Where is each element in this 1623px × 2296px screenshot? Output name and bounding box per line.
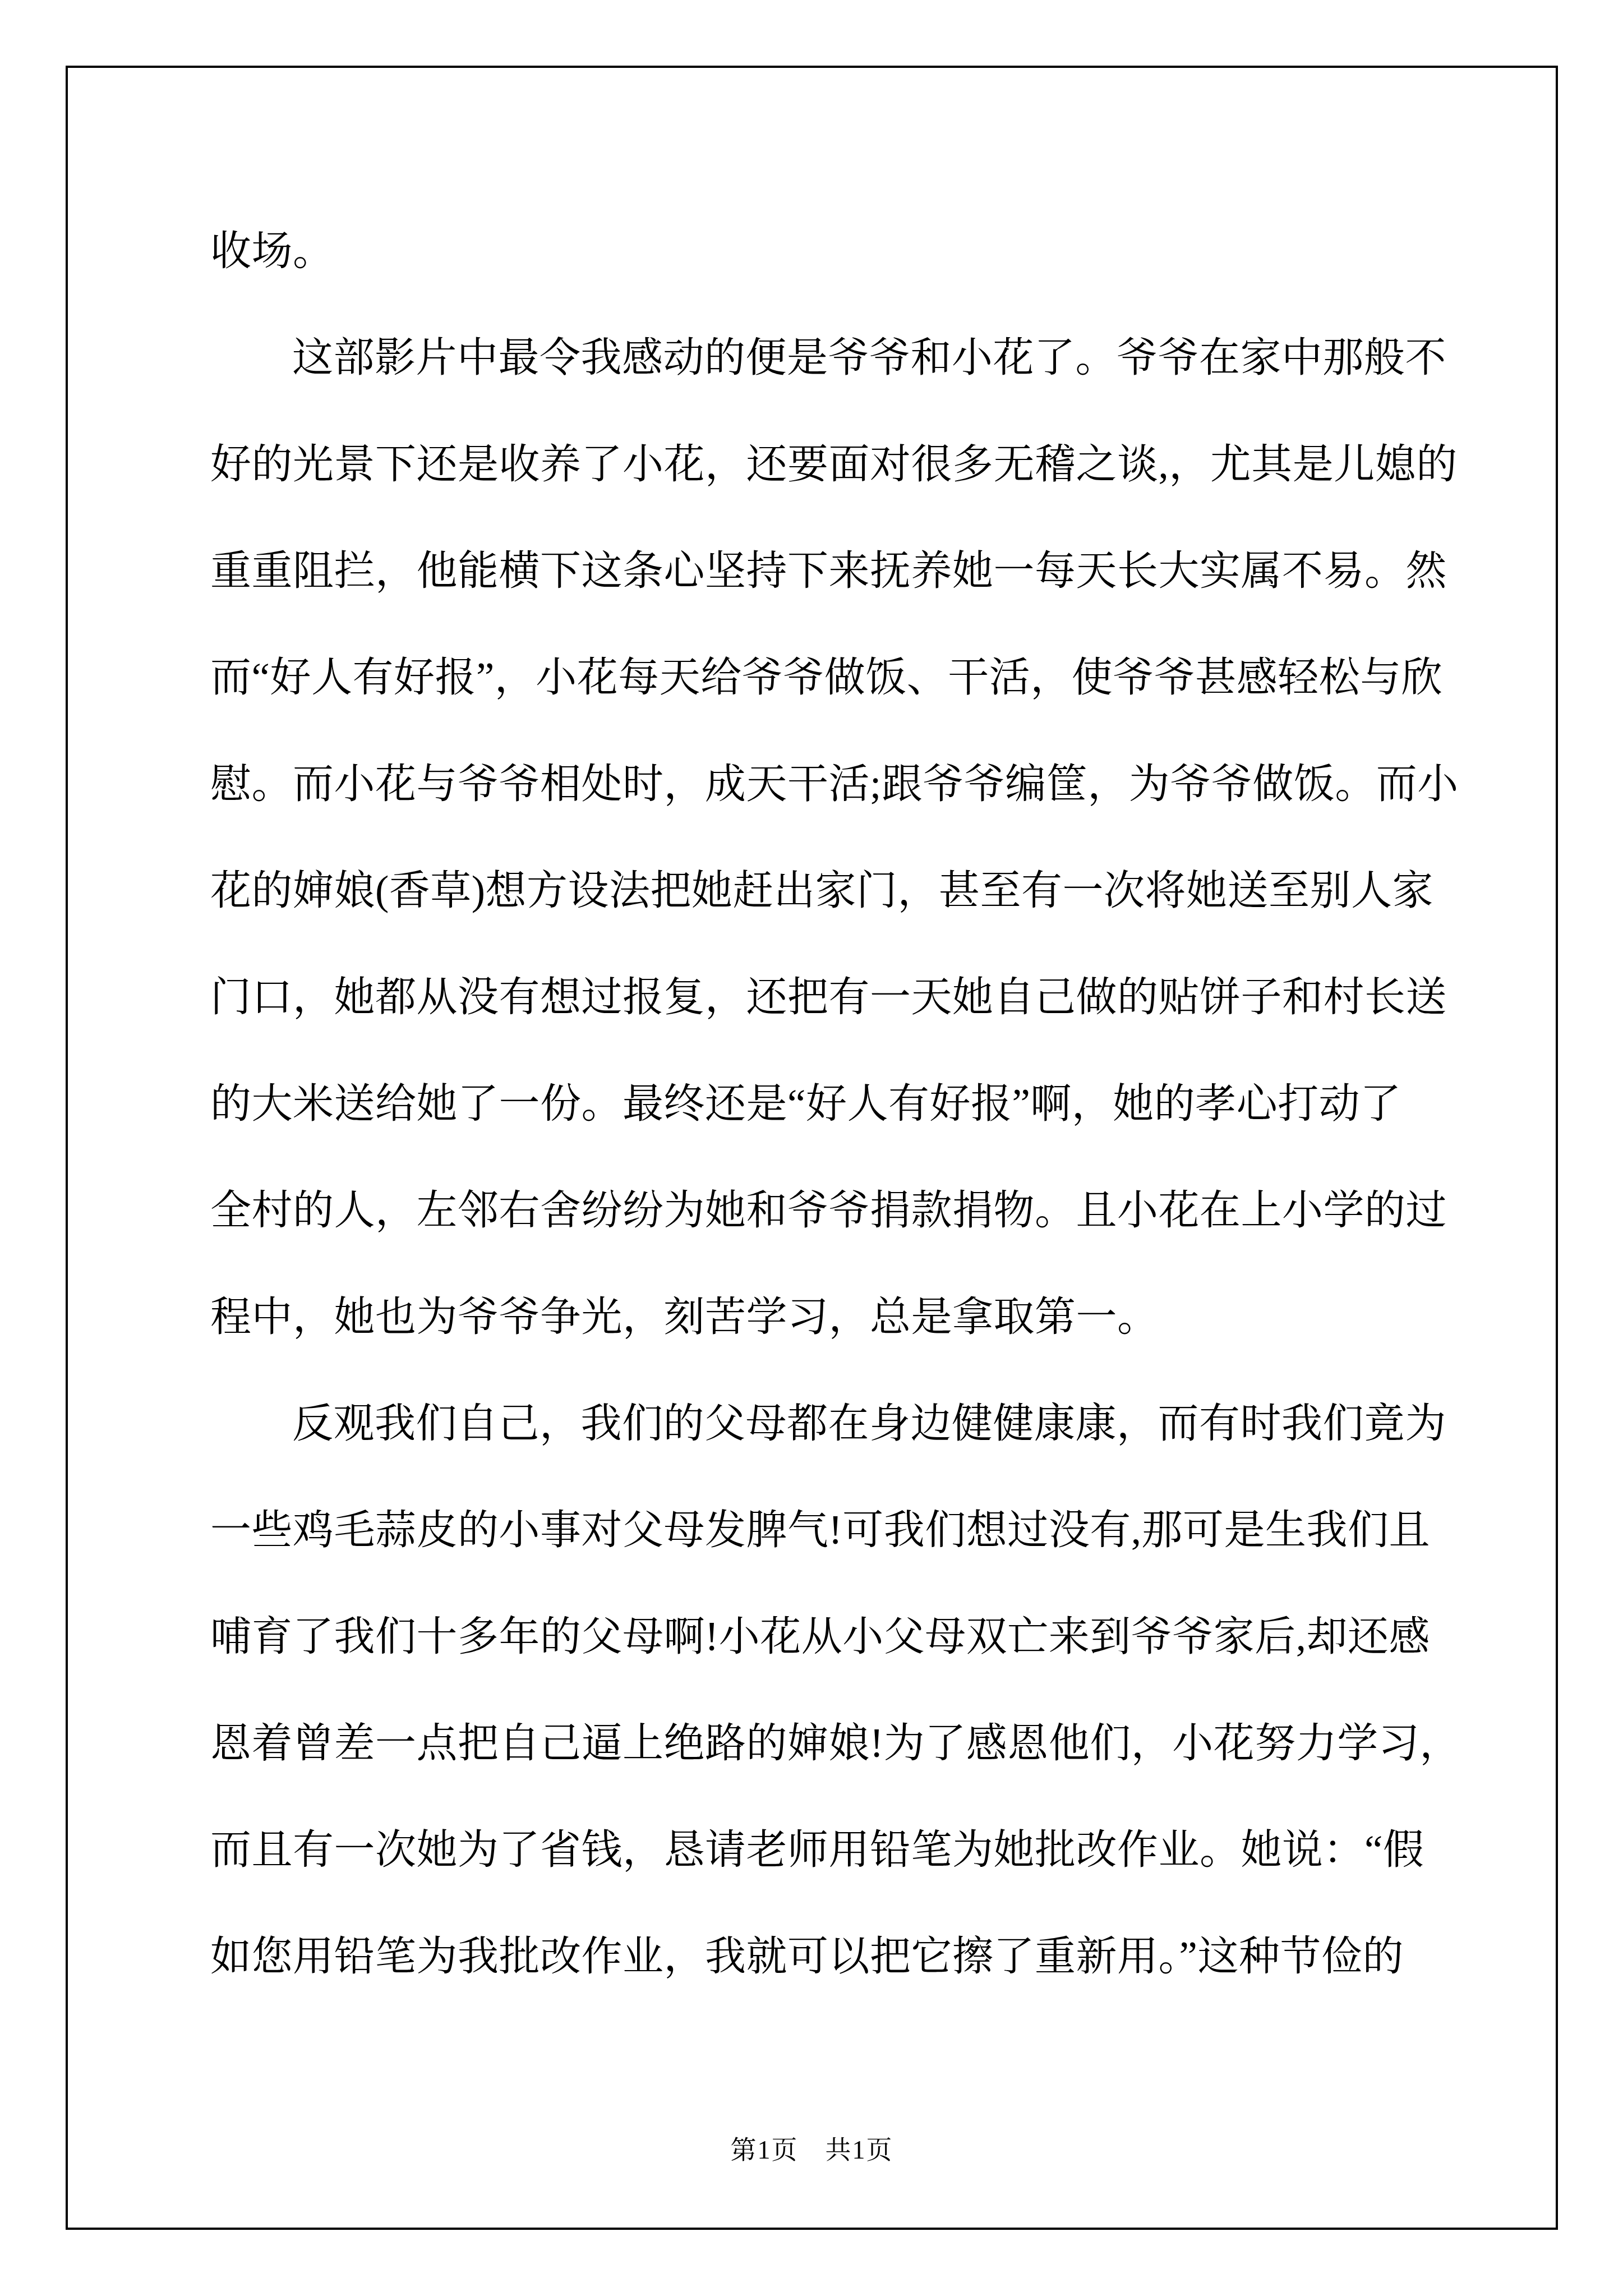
text-line: 收场。 (210, 198, 1461, 305)
paragraph: 收场。 (210, 198, 1461, 305)
paragraph: 这部影片中最令我感动的便是爷爷和小花了。爷爷在家中那般不 好的光景下还是收养了小… (210, 305, 1461, 1370)
text-line: 重重阻拦，他能横下这条心坚持下来抚养她一每天长大实属不易。然 (210, 518, 1461, 624)
text-line: 这部影片中最令我感动的便是爷爷和小花了。爷爷在家中那般不 (210, 305, 1461, 411)
text-line: 慰。而小花与爷爷相处时，成天干活;跟爷爷编筐，为爷爷做饭。而小 (210, 731, 1461, 838)
text-line: 恩着曾差一点把自己逼上绝路的婶娘!为了感恩他们，小花努力学习， (210, 1690, 1461, 1797)
paragraph: 反观我们自己，我们的父母都在身边健健康康，而有时我们竟为 一些鸡毛蒜皮的小事对父… (210, 1370, 1461, 2010)
text-line: 哺育了我们十多年的父母啊!小花从小父母双亡来到爷爷家后,却还感 (210, 1584, 1461, 1690)
page-border-frame: 收场。 这部影片中最令我感动的便是爷爷和小花了。爷爷在家中那般不 好的光景下还是… (66, 66, 1558, 2230)
page-number-footer: 第1页 共1页 (68, 2133, 1556, 2167)
text-line: 而“好人有好报”，小花每天给爷爷做饭、干活，使爷爷甚感轻松与欣 (210, 624, 1461, 731)
text-line: 全村的人，左邻右舍纷纷为她和爷爷捐款捐物。且小花在上小学的过 (210, 1157, 1461, 1264)
text-line: 花的婶娘(香草)想方设法把她赶出家门，甚至有一次将她送至别人家 (210, 838, 1461, 944)
text-line: 一些鸡毛蒜皮的小事对父母发脾气!可我们想过没有,那可是生我们且 (210, 1477, 1461, 1584)
text-line: 而且有一次她为了省钱，恳请老师用铅笔为她批改作业。她说：“假 (210, 1797, 1461, 1903)
text-line: 门口，她都从没有想过报复，还把有一天她自己做的贴饼子和村长送 (210, 944, 1461, 1051)
document-canvas: { "document": { "paragraphs": [ { "first… (0, 0, 1623, 2296)
text-line: 如您用铅笔为我批改作业，我就可以把它擦了重新用。”这种节俭的 (210, 1903, 1461, 2010)
essay-body: 收场。 这部影片中最令我感动的便是爷爷和小花了。爷爷在家中那般不 好的光景下还是… (210, 198, 1461, 2010)
text-line: 的大米送给她了一份。最终还是“好人有好报”啊，她的孝心打动了 (210, 1051, 1461, 1157)
text-line: 程中，她也为爷爷争光，刻苦学习，总是拿取第一。 (210, 1264, 1461, 1370)
text-line: 反观我们自己，我们的父母都在身边健健康康，而有时我们竟为 (210, 1370, 1461, 1477)
text-line: 好的光景下还是收养了小花，还要面对很多无稽之谈,，尤其是儿媳的 (210, 411, 1461, 518)
